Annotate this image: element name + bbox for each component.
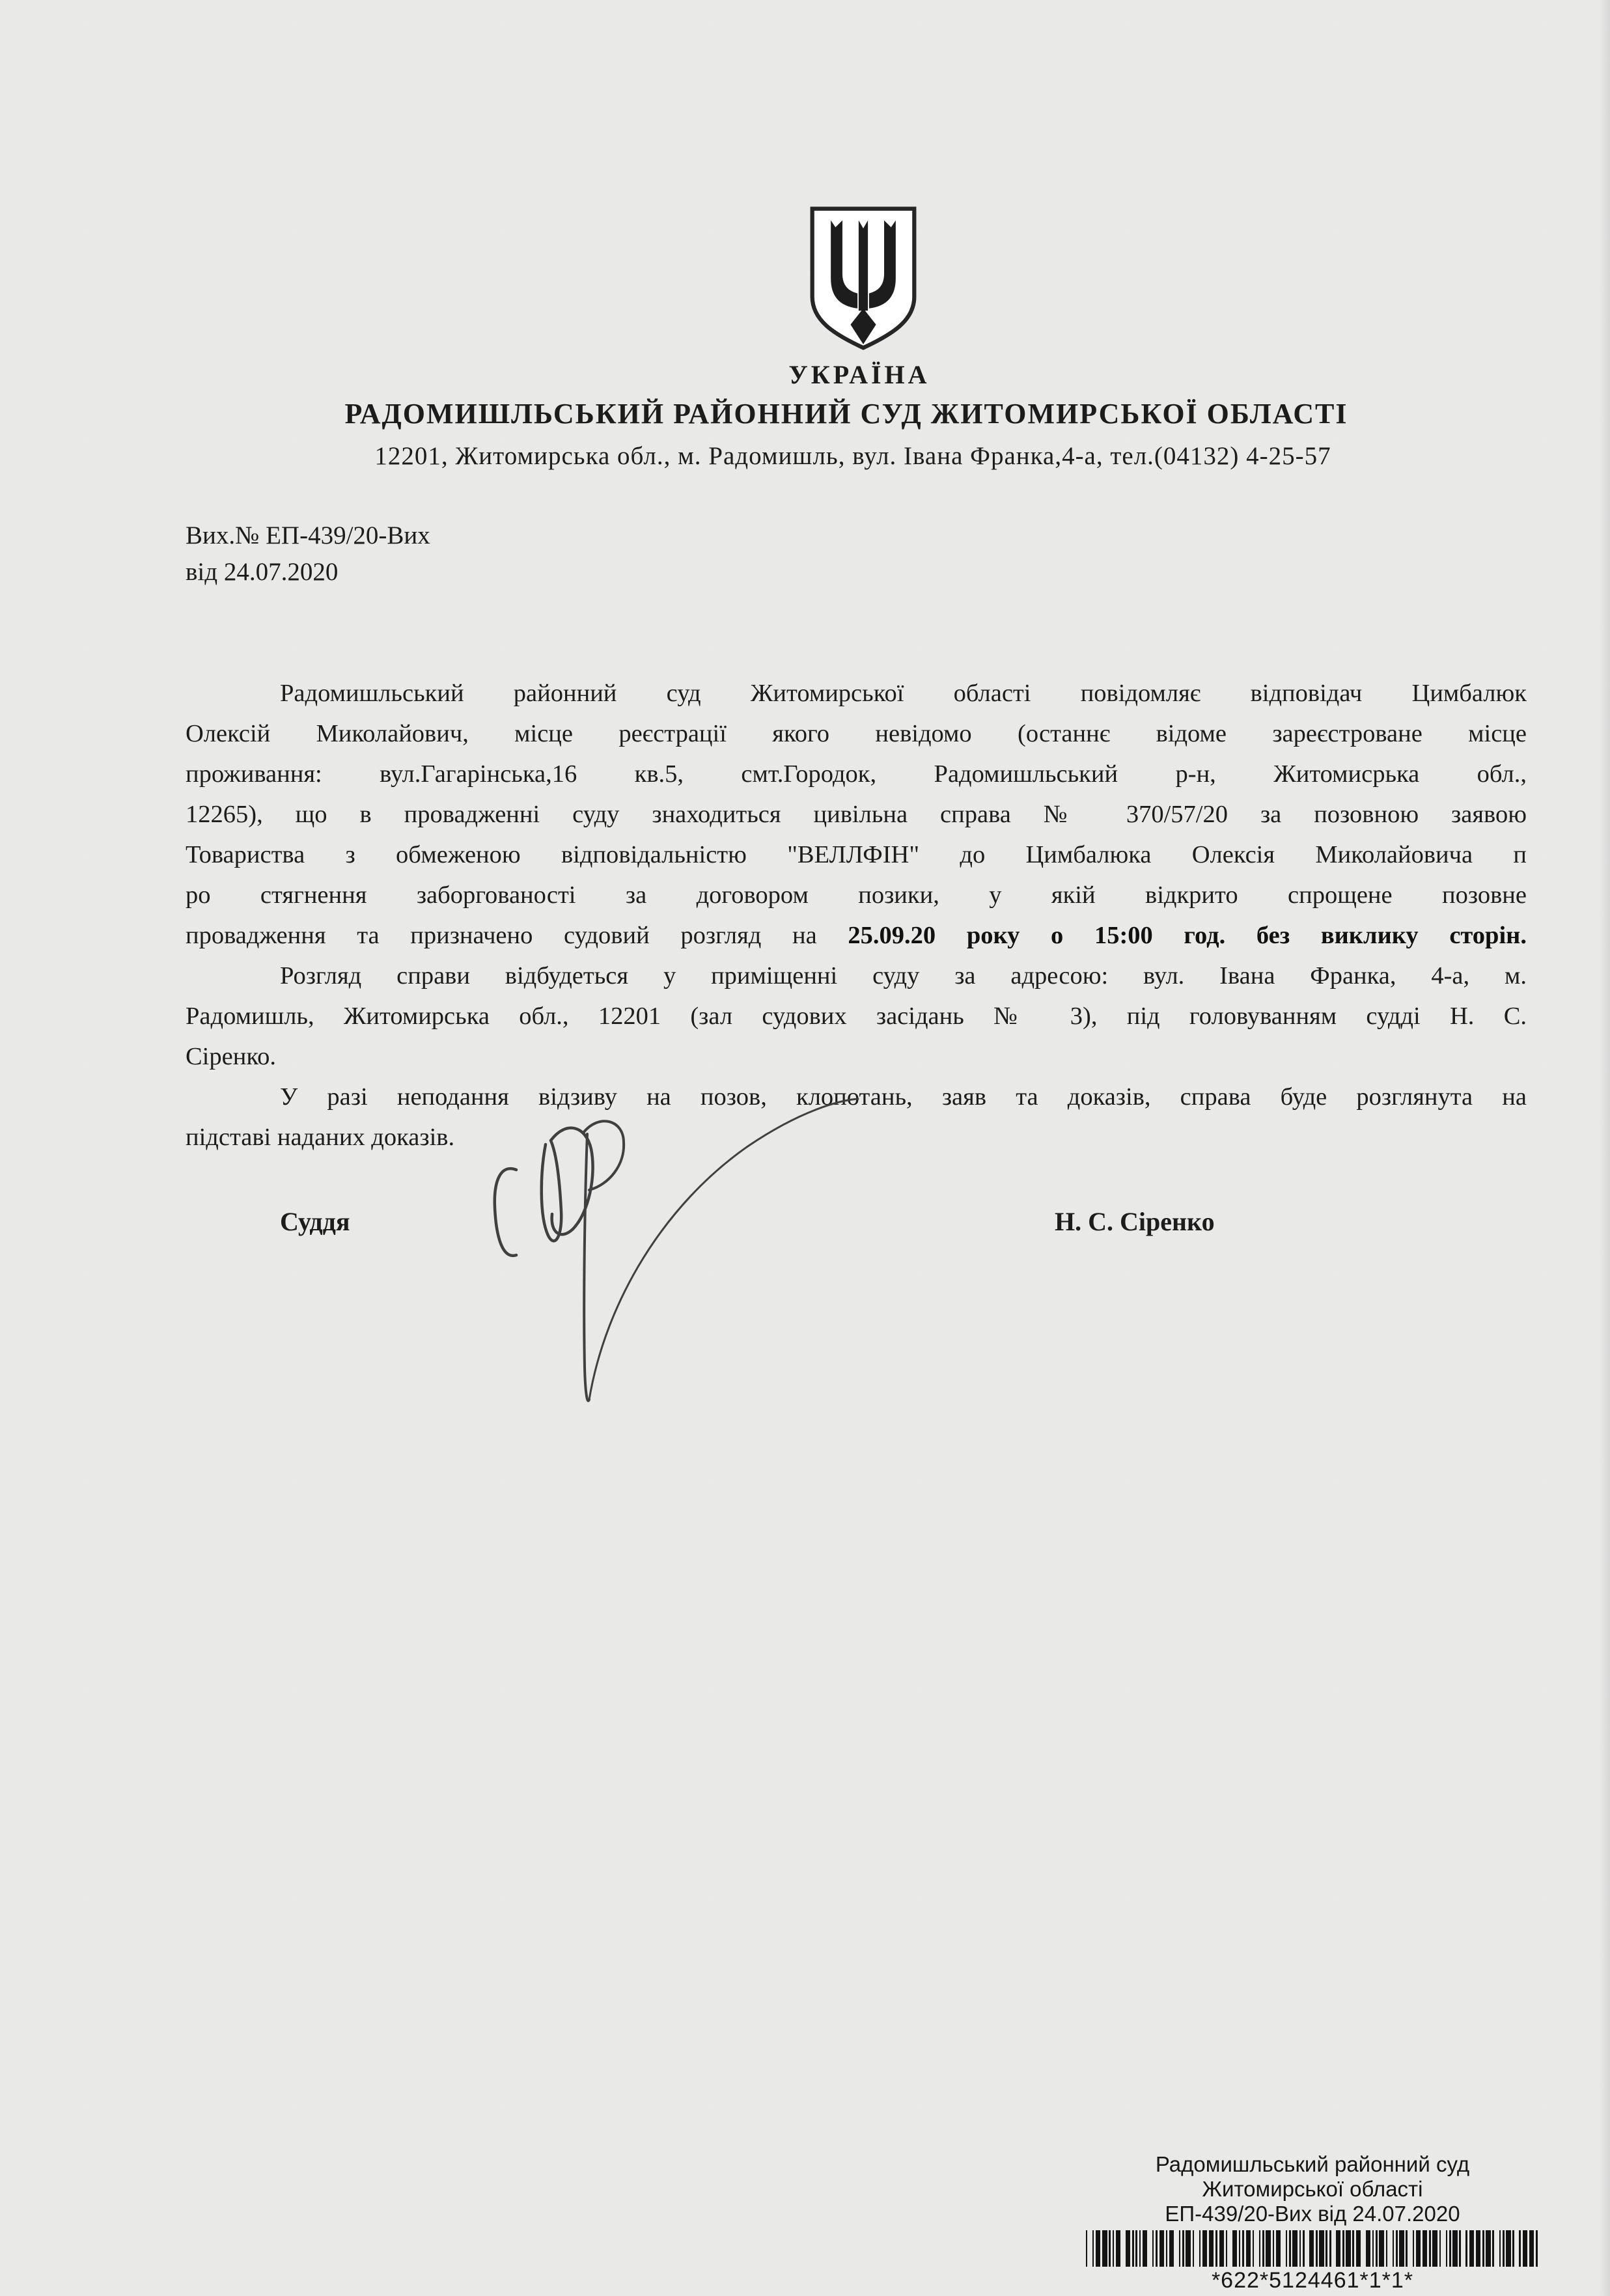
para2-line: Розгляд справи відбудеться у приміщенні … [186,956,1527,996]
scan-edge-shadow [1598,0,1610,2296]
para1-line: ро стягнення заборгованості за договором… [186,875,1527,915]
court-name-title: РАДОМИШЛЬСЬКИЙ РАЙОННИЙ СУД ЖИТОМИРСЬКОЇ… [176,397,1517,430]
para1-line: Товариства з обмеженою відповідальністю … [186,835,1527,875]
outgoing-date: від 24.07.2020 [186,557,338,587]
para1-line: проживання: вул.Гагарінська,16 кв.5, смт… [186,754,1527,794]
hearing-date-bold: 25.09.20 року о 15:00 год. без виклику с… [848,922,1527,949]
para1-line: Олексій Миколайович, місце реєстрації як… [186,713,1527,754]
country-title: УКРАЇНА [534,359,1185,390]
para1-last-line: провадження та призначено судовий розгля… [186,915,1527,956]
scanned-court-letter: УКРАЇНА РАДОМИШЛЬСЬКИЙ РАЙОННИЙ СУД ЖИТО… [0,0,1610,2296]
footer-court-line1: Радомишльський районний суд [1081,2152,1544,2177]
barcode-value-text: *622*5124461*1*1* [1081,2268,1544,2293]
para3-line: У разі неподання відзиву на позов, клопо… [186,1077,1527,1117]
para2-line: Радомишль, Житомирська обл., 12201 (зал … [186,996,1527,1036]
footer-doc-ref: ЕП-439/20-Вих від 24.07.2020 [1081,2202,1544,2226]
para1-last-pre: провадження та призначено судовий розгля… [186,922,848,949]
letter-body: Радомишльський районний суд Житомирської… [186,673,1527,1157]
outgoing-number: Вих.№ ЕП-439/20-Вих [186,521,430,550]
para1-line: 12265), що в провадженні суду знаходитьс… [186,794,1527,835]
footer-court-line2: Житомирської області [1081,2177,1544,2202]
footer-stamp-block: Радомишльський районний суд Житомирської… [1081,2152,1544,2293]
barcode [1081,2230,1544,2267]
para2-line: Сіренко. [186,1036,1527,1077]
court-address: 12201, Житомирська обл., м. Радомишль, в… [176,441,1530,471]
para3-line: підставі наданих доказів. [186,1117,1527,1157]
judge-name: Н. С. Сіренко [1055,1206,1215,1237]
para1-line: Радомишльський районний суд Житомирської… [186,673,1527,713]
ukraine-trident-emblem-icon [805,203,921,358]
judge-role-label: Суддя [280,1206,350,1237]
